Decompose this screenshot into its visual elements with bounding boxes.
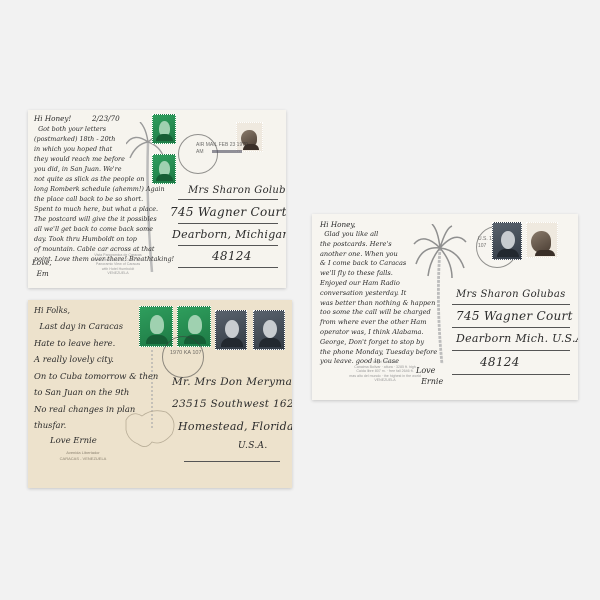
- postmark-text: AIR MAIL FEB 23 1970 AM: [196, 142, 256, 156]
- address-rule: [178, 199, 278, 200]
- stamp-2c-frank-lloyd-wright: [492, 222, 522, 260]
- postcard-avenida-libertador: Hi Folks, Last day in Caracas Hate to le…: [28, 300, 292, 488]
- postmark-text: 1970 KA 107: [170, 350, 210, 357]
- stamp-6c-roosevelt: [526, 222, 558, 258]
- address-rule: [452, 350, 570, 351]
- postcard-angel-falls: Hi Honey, Glad you like all the postcard…: [312, 214, 578, 400]
- printed-caption: Vista Panoramica de Caracas con Hotel Hu…: [88, 253, 148, 276]
- address-rule: [452, 374, 570, 375]
- address-line-3: Dearborn Mich. U.S.A.: [456, 328, 578, 349]
- address-line-1: Mrs Sharon Golubas: [456, 284, 566, 305]
- address-rule: [452, 304, 570, 305]
- address-line-1: Mr. Mrs Don Meryman: [172, 372, 292, 393]
- address-line-2: 745 Wagner Court: [456, 306, 573, 327]
- message-body: Got both your letters (postmarked) 18th …: [34, 124, 174, 264]
- address-rule: [178, 267, 278, 268]
- stamp-2c-frank-lloyd-wright: [253, 310, 285, 350]
- address-line-1: Mrs Sharon Golubas: [188, 180, 286, 201]
- address-line-3: Dearborn, Michigan U.S.A.: [172, 224, 286, 245]
- signoff: Love Ernie: [50, 436, 97, 447]
- stamp-1c-jefferson: [152, 154, 176, 184]
- printed-caption: Angel Waterfall Canaima Bolivar · altura…: [340, 360, 430, 383]
- stamp-2c-frank-lloyd-wright: [215, 310, 247, 350]
- address-line-3: Homestead, Florida: [178, 416, 292, 437]
- address-line-4: 48124: [212, 246, 252, 267]
- stamp-1c-jefferson: [152, 114, 176, 144]
- address-line-2: 23515 Southwest 162 Ave.: [172, 394, 292, 415]
- cancellation-bar: [212, 150, 242, 153]
- address-line-4: 48124: [480, 352, 520, 373]
- address-line-4: U.S.A.: [238, 436, 268, 457]
- address-rule: [184, 461, 280, 462]
- address-line-2: 745 Wagner Court: [170, 202, 286, 223]
- printed-caption: Avenida Libertador CARACAS - VENEZUELA: [48, 450, 118, 461]
- message-body: Glad you like all the postcards. Here's …: [320, 230, 437, 367]
- postcard-caracas-panorama: Hi Honey! 2/23/70 Got both your letters …: [28, 110, 286, 288]
- greeting: Hi Folks,: [34, 306, 70, 317]
- signoff: Love, Em: [32, 258, 52, 280]
